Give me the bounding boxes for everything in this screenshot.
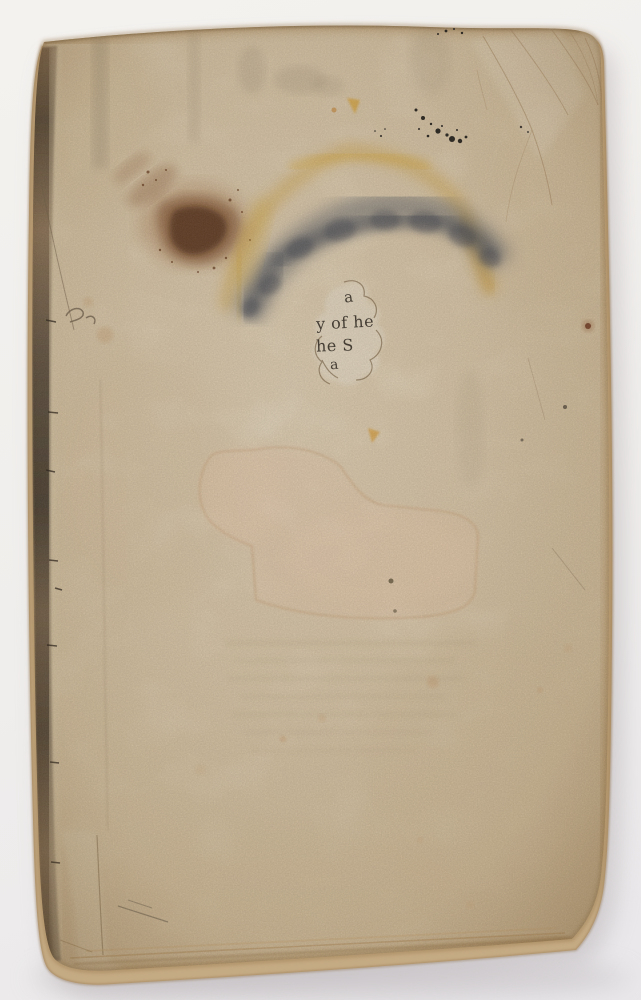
vignette [32,25,609,970]
booklet-photo [0,0,641,1000]
print-fragment-line-4: a [329,357,339,374]
print-fragment-line-3: he S [316,335,354,355]
print-fragment-line-2: y of he [316,311,375,333]
photo-backdrop: a y of he he S a [0,0,641,1000]
